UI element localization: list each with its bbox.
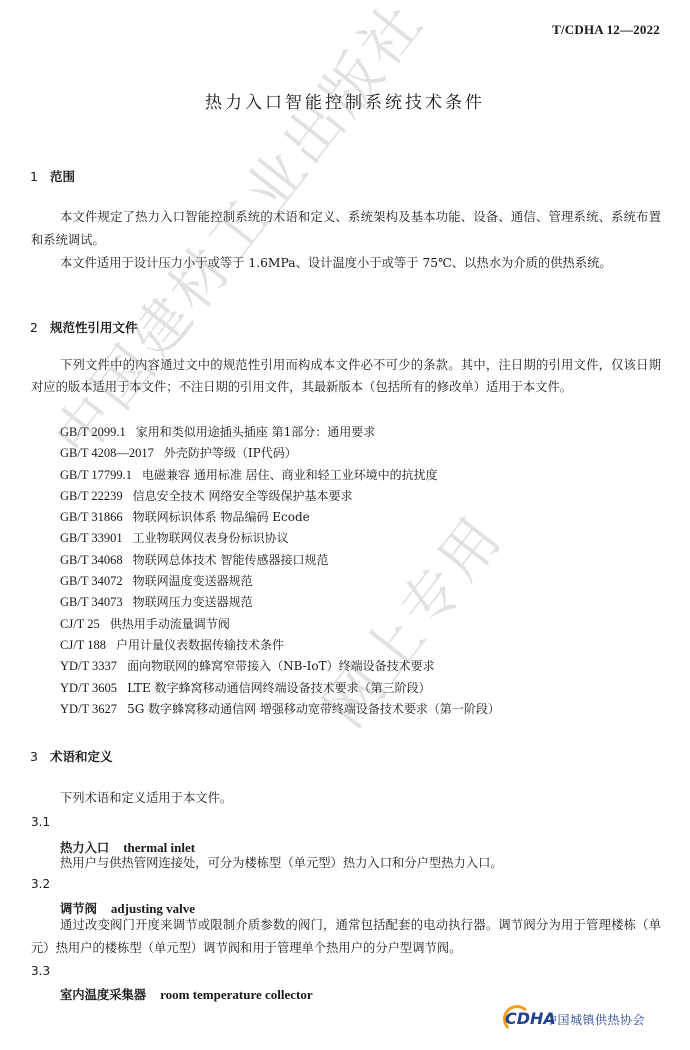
references-intro: 下列文件中的内容通过文中的规范性引用而构成本文件必不可少的条款。其中，注日期的引… bbox=[31, 354, 661, 398]
term-zh: 室内温度采集器 bbox=[60, 987, 146, 1002]
reference-item: GB/T 4208—2017外壳防护等级（IP代码） bbox=[60, 443, 660, 464]
reference-list: GB/T 2099.1家用和类似用途插头插座 第1部分：通用要求 GB/T 42… bbox=[60, 422, 660, 720]
reference-item: GB/T 31866物联网标识体系 物品编码 Ecode bbox=[60, 507, 660, 528]
reference-item: YD/T 3605LTE 数字蜂窝移动通信网终端设备技术要求（第三阶段） bbox=[60, 678, 660, 699]
reference-title: 户用计量仪表数据传输技术条件 bbox=[116, 638, 284, 652]
section-3-heading: 3术语和定义 bbox=[30, 747, 112, 765]
reference-item: GB/T 2099.1家用和类似用途插头插座 第1部分：通用要求 bbox=[60, 422, 660, 443]
reference-title: 5G 数字蜂窝移动通信网 增强移动宽带终端设备技术要求（第一阶段） bbox=[127, 702, 500, 716]
reference-item: GB/T 34072物联网温度变送器规范 bbox=[60, 571, 660, 592]
reference-item: CJ/T 188户用计量仪表数据传输技术条件 bbox=[60, 635, 660, 656]
reference-item: GB/T 34073物联网压力变送器规范 bbox=[60, 592, 660, 613]
document-title: 热力入口智能控制系统技术条件 bbox=[0, 88, 690, 113]
reference-item: GB/T 33901工业物联网仪表身份标识协议 bbox=[60, 528, 660, 549]
section-number: 1 bbox=[30, 169, 38, 184]
section-1-heading: 1范围 bbox=[30, 167, 75, 185]
reference-code: GB/T 33901 bbox=[60, 531, 123, 545]
section-number: 2 bbox=[30, 320, 38, 335]
term-number: 3.1 bbox=[31, 815, 50, 829]
section-number: 3 bbox=[30, 749, 38, 764]
reference-item: GB/T 34068物联网总体技术 智能传感器接口规范 bbox=[60, 550, 660, 571]
reference-title: 物联网压力变送器规范 bbox=[133, 595, 253, 609]
section-title: 范围 bbox=[50, 169, 75, 184]
reference-title: 面向物联网的蜂窝窄带接入（NB-IoT）终端设备技术要求 bbox=[127, 659, 435, 673]
terms-intro: 下列术语和定义适用于本文件。 bbox=[31, 787, 661, 810]
reference-code: YD/T 3337 bbox=[60, 659, 117, 673]
reference-item: GB/T 22239信息安全技术 网络安全等级保护基本要求 bbox=[60, 486, 660, 507]
reference-code: GB/T 31866 bbox=[60, 510, 123, 524]
term-en: room temperature collector bbox=[160, 987, 313, 1002]
reference-title: 供热用手动流量调节阀 bbox=[110, 617, 230, 631]
term-number: 3.3 bbox=[31, 964, 50, 978]
term-definition: 热用户与供热管网连接处，可分为楼栋型（单元型）热力入口和分户型热力入口。 bbox=[31, 852, 661, 875]
term-name: 室内温度采集器room temperature collector bbox=[60, 985, 313, 1003]
reference-code: GB/T 34073 bbox=[60, 595, 123, 609]
reference-code: GB/T 22239 bbox=[60, 489, 123, 503]
reference-title: 物联网总体技术 智能传感器接口规范 bbox=[133, 553, 329, 567]
reference-title: 家用和类似用途插头插座 第1部分：通用要求 bbox=[136, 425, 375, 439]
reference-item: CJ/T 25供热用手动流量调节阀 bbox=[60, 614, 660, 635]
document-page: T/CDHA 12—2022 热力入口智能控制系统技术条件 1范围 本文件规定了… bbox=[0, 0, 690, 1050]
standard-code: T/CDHA 12—2022 bbox=[552, 22, 660, 38]
reference-code: YD/T 3627 bbox=[60, 702, 117, 716]
reference-code: YD/T 3605 bbox=[60, 681, 117, 695]
reference-item: YD/T 36275G 数字蜂窝移动通信网 增强移动宽带终端设备技术要求（第一阶… bbox=[60, 699, 660, 720]
reference-title: LTE 数字蜂窝移动通信网终端设备技术要求（第三阶段） bbox=[127, 681, 431, 695]
logo-text: 中国城镇供热协会 bbox=[545, 1011, 645, 1028]
reference-code: CJ/T 188 bbox=[60, 638, 106, 652]
section-2-heading: 2规范性引用文件 bbox=[30, 318, 137, 336]
reference-code: GB/T 34068 bbox=[60, 553, 123, 567]
scope-paragraph-1: 本文件规定了热力入口智能控制系统的术语和定义、系统架构及基本功能、设备、通信、管… bbox=[31, 206, 661, 252]
reference-title: 物联网标识体系 物品编码 Ecode bbox=[133, 510, 310, 524]
reference-code: CJ/T 25 bbox=[60, 617, 100, 631]
term-number: 3.2 bbox=[31, 877, 50, 891]
reference-code: GB/T 34072 bbox=[60, 574, 123, 588]
section-title: 规范性引用文件 bbox=[50, 320, 138, 335]
section-title: 术语和定义 bbox=[50, 749, 113, 764]
reference-item: GB/T 17799.1电磁兼容 通用标准 居住、商业和轻工业环境中的抗扰度 bbox=[60, 465, 660, 486]
reference-item: YD/T 3337面向物联网的蜂窝窄带接入（NB-IoT）终端设备技术要求 bbox=[60, 656, 660, 677]
reference-title: 工业物联网仪表身份标识协议 bbox=[133, 531, 289, 545]
reference-title: 外壳防护等级（IP代码） bbox=[164, 446, 297, 460]
reference-code: GB/T 17799.1 bbox=[60, 468, 132, 482]
term-definition: 通过改变阀门开度来调节或限制介质参数的阀门，通常包括配套的电动执行器。调节阀分为… bbox=[31, 914, 661, 960]
scope-paragraph-2: 本文件适用于设计压力小于或等于 1.6MPa、设计温度小于或等于 75℃、以热水… bbox=[31, 252, 661, 275]
cdha-logo: CDHA 中国城镇供热协会 bbox=[505, 1005, 685, 1035]
reference-code: GB/T 2099.1 bbox=[60, 425, 126, 439]
reference-title: 电磁兼容 通用标准 居住、商业和轻工业环境中的抗扰度 bbox=[142, 468, 438, 482]
reference-title: 物联网温度变送器规范 bbox=[133, 574, 253, 588]
reference-code: GB/T 4208—2017 bbox=[60, 446, 154, 460]
reference-title: 信息安全技术 网络安全等级保护基本要求 bbox=[133, 489, 353, 503]
